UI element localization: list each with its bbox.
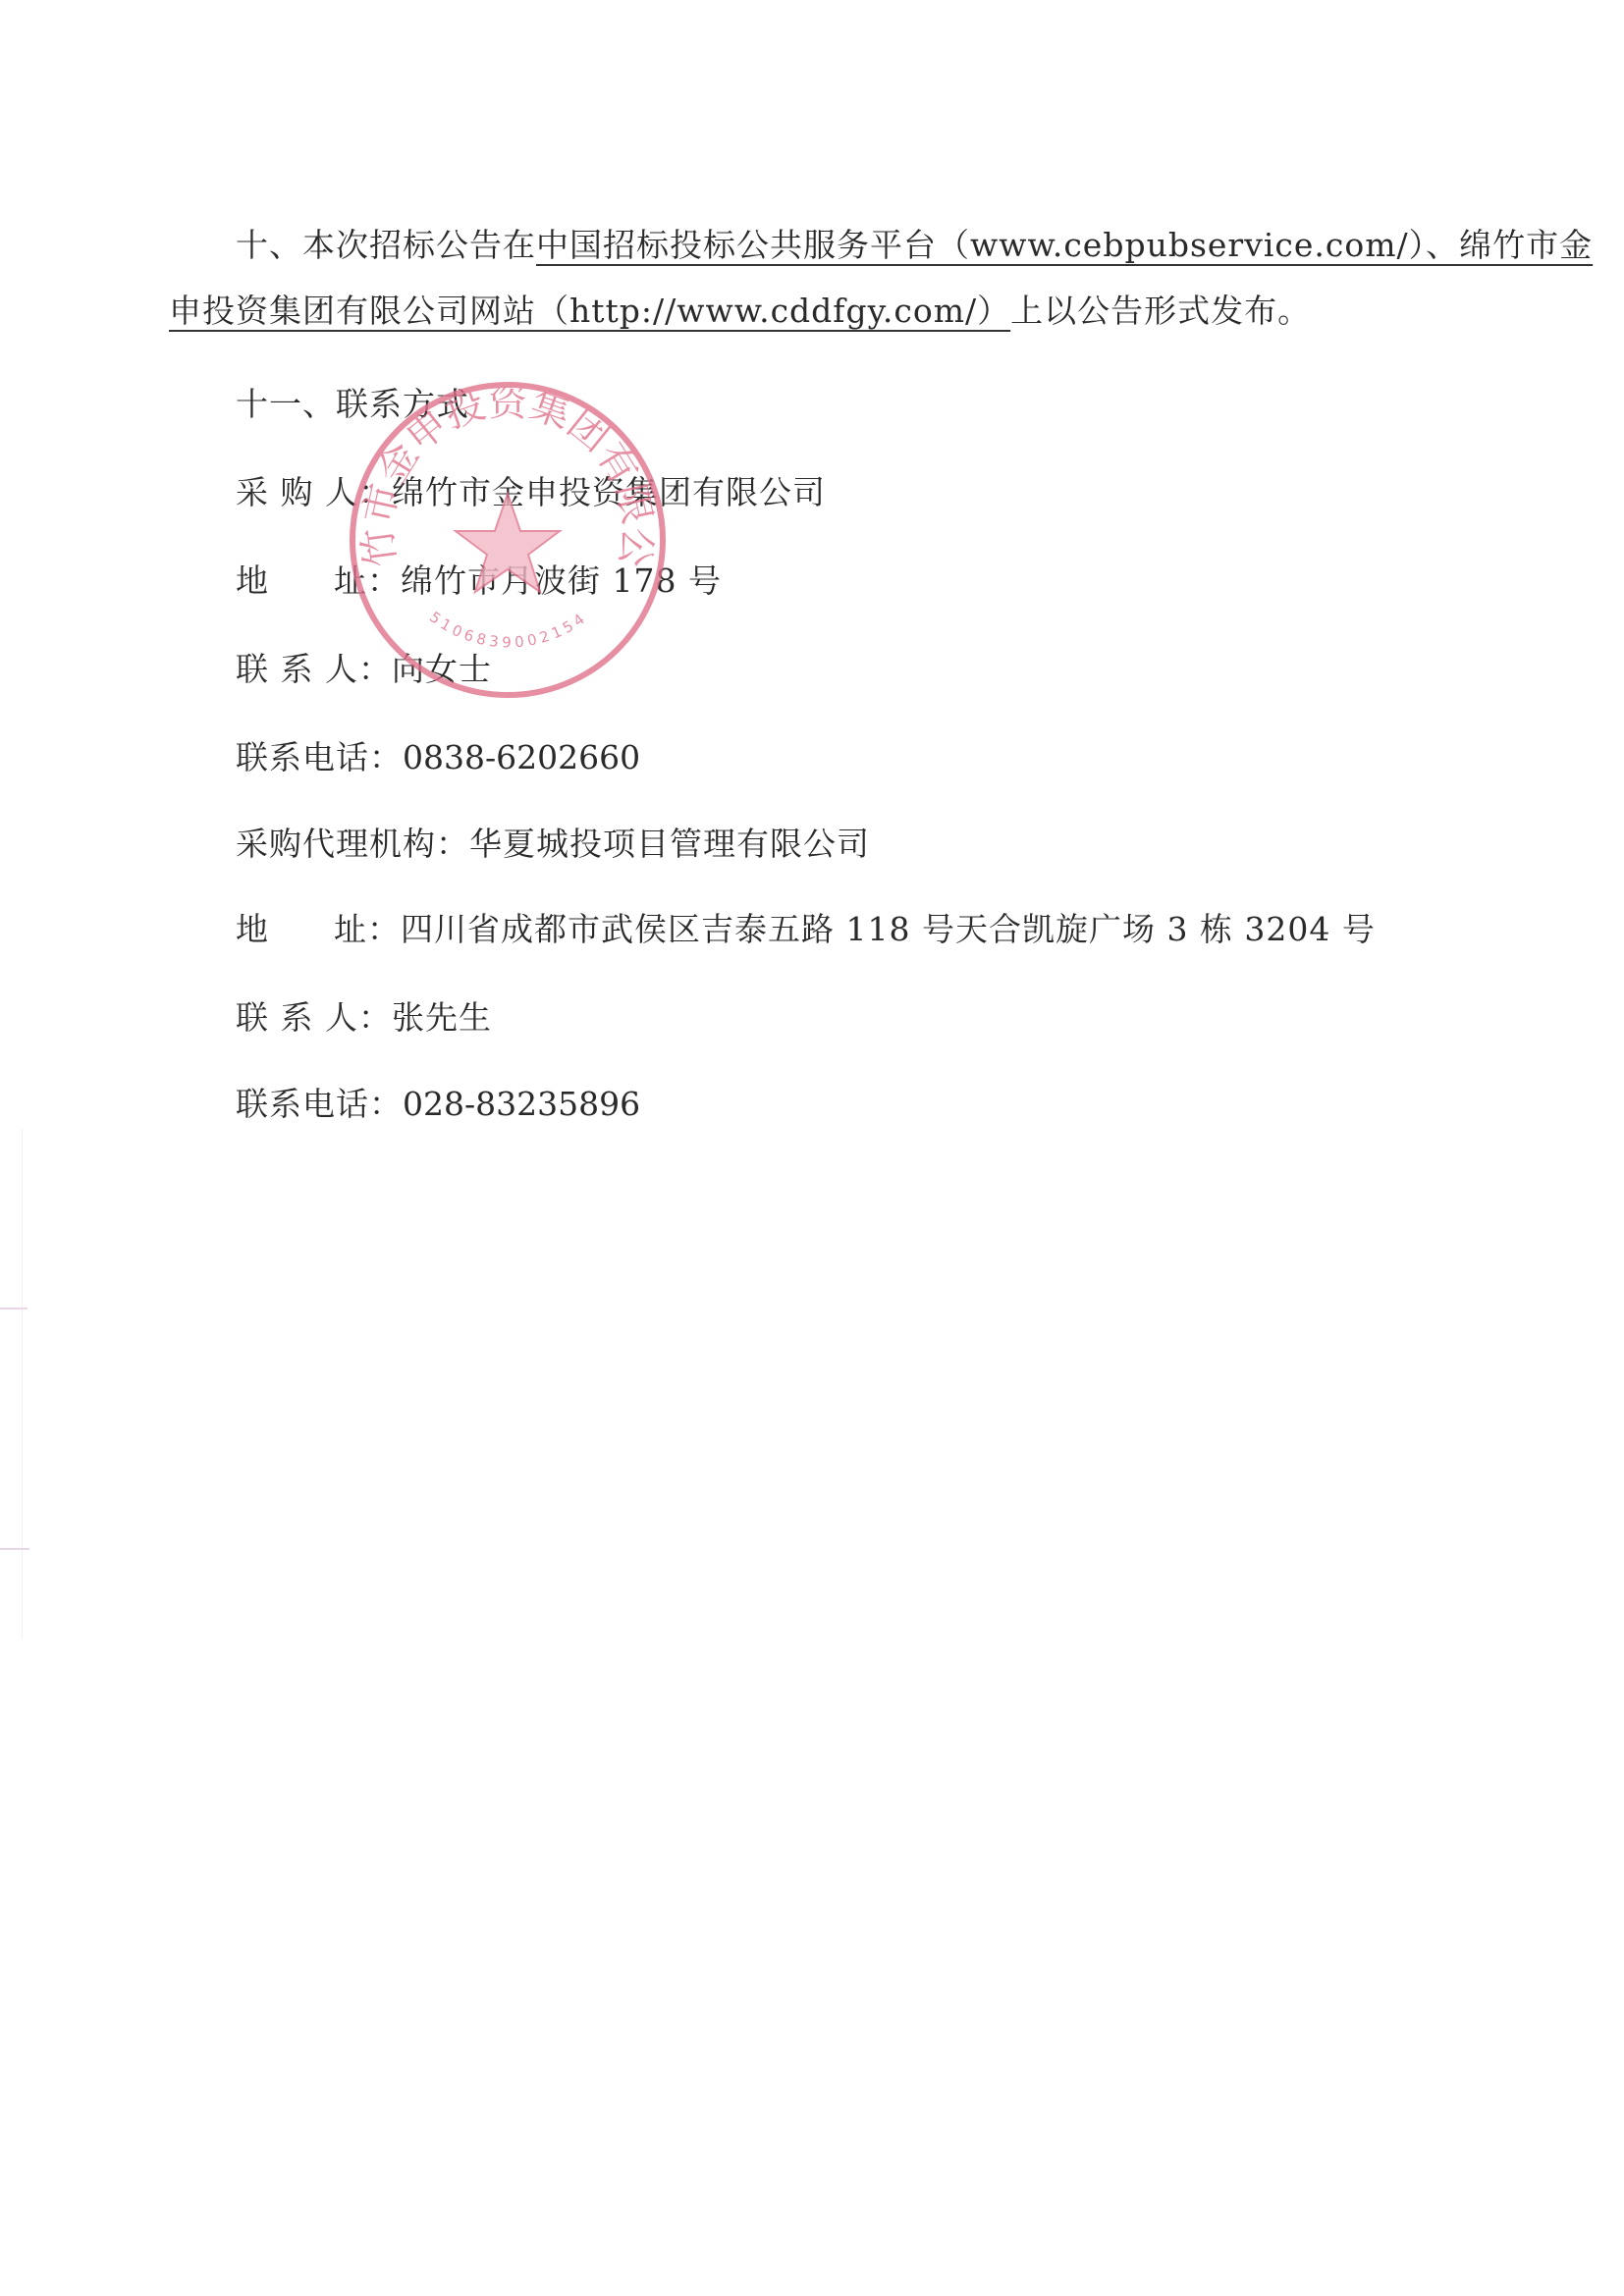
scan-edge-mark xyxy=(0,1548,29,1550)
section10-number: 十、 xyxy=(236,226,302,264)
agency-phone-value: 028-83235896 xyxy=(403,1085,640,1123)
agency-address-label-a: 地 xyxy=(236,908,334,951)
purchaser-name-row: 采 购 人：绵竹市金申投资集团有限公司 xyxy=(236,471,826,514)
purchaser-name-label: 采 购 人： xyxy=(236,473,392,511)
section11-heading: 十一、联系方式 xyxy=(236,383,469,426)
purchaser-address-row: 地址：绵竹市月波街 178 号 xyxy=(236,560,722,603)
publication-platform-link[interactable]: 中国招标投标公共服务平台（www.cebpubservice.com/）、绵竹市… xyxy=(536,226,1593,264)
document-page: 十、本次招标公告在中国招标投标公共服务平台（www.cebpubservice.… xyxy=(0,0,1624,2296)
section10-line1: 十、本次招标公告在中国招标投标公共服务平台（www.cebpubservice.… xyxy=(236,224,1593,267)
agency-phone-row: 联系电话：028-83235896 xyxy=(236,1083,640,1126)
agency-contact-value: 张先生 xyxy=(392,998,492,1037)
agency-address-row: 地址：四川省成都市武侯区吉泰五路 118 号天合凯旋广场 3 栋 3204 号 xyxy=(236,908,1376,951)
purchaser-contact-row: 联 系 人：向女士 xyxy=(236,648,492,691)
section10-lead: 本次招标公告在 xyxy=(302,226,536,264)
agency-address-label-b: 址： xyxy=(334,910,401,948)
company-website-link[interactable]: 申投资集团有限公司网站（http://www.cddfgy.com/） xyxy=(169,292,1010,330)
purchaser-contact-label: 联 系 人： xyxy=(236,650,392,688)
purchaser-name-value: 绵竹市金申投资集团有限公司 xyxy=(392,473,826,511)
seal-code: 5106839002154 xyxy=(426,608,591,651)
agency-name-row: 采购代理机构：华夏城投项目管理有限公司 xyxy=(236,823,870,866)
purchaser-address-label-b: 址： xyxy=(334,561,401,600)
scan-edge-line xyxy=(22,1129,23,1639)
purchaser-phone-value: 0838-6202660 xyxy=(403,738,640,776)
agency-phone-label: 联系电话： xyxy=(236,1085,403,1123)
purchaser-phone-row: 联系电话：0838-6202660 xyxy=(236,736,640,779)
purchaser-contact-value: 向女士 xyxy=(392,650,492,688)
section10-line2: 申投资集团有限公司网站（http://www.cddfgy.com/）上以公告形… xyxy=(169,290,1311,333)
agency-contact-label: 联 系 人： xyxy=(236,998,392,1037)
agency-address-value: 四川省成都市武侯区吉泰五路 118 号天合凯旋广场 3 栋 3204 号 xyxy=(401,910,1376,948)
scan-edge-mark xyxy=(0,1308,27,1309)
purchaser-address-value: 绵竹市月波街 178 号 xyxy=(401,561,722,600)
purchaser-address-label-a: 地 xyxy=(236,560,334,603)
agency-contact-row: 联 系 人：张先生 xyxy=(236,996,492,1040)
agency-name-label: 采购代理机构： xyxy=(236,825,469,863)
agency-name-value: 华夏城投项目管理有限公司 xyxy=(469,825,870,863)
section10-tail: 上以公告形式发布。 xyxy=(1010,292,1311,330)
purchaser-phone-label: 联系电话： xyxy=(236,738,403,776)
